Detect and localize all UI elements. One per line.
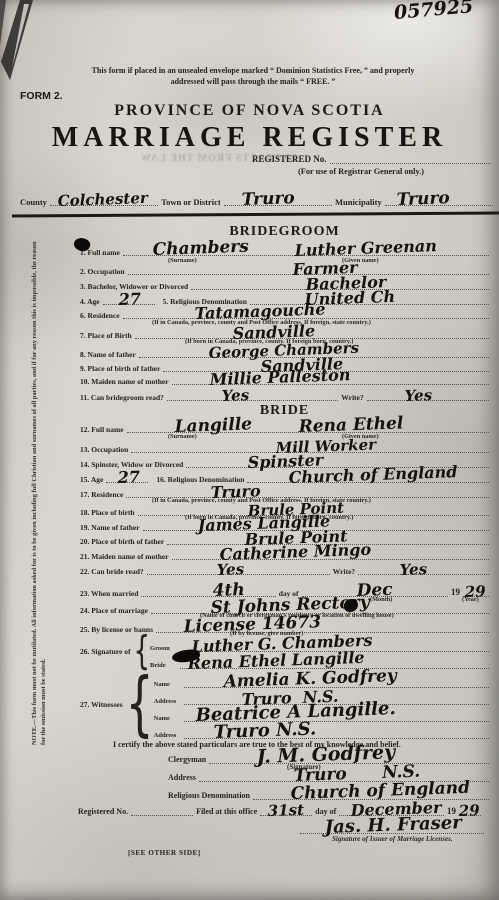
bride-mother-line: Catherine Mingo [172,547,489,560]
witness1-name-label: Name [154,681,184,688]
witnesses-brace: { [126,677,154,733]
witness1-name-row: Name Amelia K. Godfrey [154,671,489,688]
mailing-note-line2: addressed will pass through the mails “ … [48,77,458,86]
witness2-name-label: Name [154,715,184,722]
county-line: Colchester [50,193,158,206]
clergyman-denomination-label: Religious Denomination [168,792,253,800]
witness2-address-value: Truro N.S. [213,720,316,742]
filed-label: Filed at this office [193,808,260,816]
form-number: FORM 2. [20,90,63,102]
bride-signature-label: Bride [150,662,180,669]
groom-residence-label: 6. Residence [80,312,123,320]
bride-write-line: Yes [358,562,489,575]
bride-read-line: Yes [147,562,330,575]
witnesses-label: 27. Witnesses [80,701,126,709]
bride-religion-line: Church of England [247,470,489,483]
bride-age-religion-row: 15. Age 27 16. Religious Denomination Ch… [80,469,489,483]
groom-age-label: 4. Age [80,298,103,306]
groom-birthplace-label: 7. Place of Birth [80,332,135,340]
mailing-note-line1: This form if placed in an unsealed envel… [48,66,458,75]
witness2-name-line: Beatrice A Langille. [184,709,489,722]
when-married-label: 23. When married [80,590,141,598]
groom-status-row: 3. Bachelor, Widower or Divorced Bachelo… [80,276,489,290]
bride-residence-label: 17. Residence [80,491,126,499]
witness2-name-row: Name Beatrice A Langille. [154,705,489,722]
groom-fullname-line: Chambers Luther Greenan [123,243,489,256]
municipality-label: Municipality [332,198,385,207]
clergyman-address-label: Address [168,774,199,782]
location-row: County Colchester Town or District Truro… [20,190,493,206]
province-heading: PROVINCE OF NOVA SCOTIA [0,102,499,120]
municipality-value: Truro [396,190,450,209]
bride-read-write-row: 22. Can bride read? Yes Write? Yes [80,561,489,575]
bride-father-label: 19. Name of father [80,524,143,532]
married-day-line: 4th [141,584,275,597]
bride-read-label: 22. Can bride read? [80,568,147,576]
bride-age-line: 27 [106,470,148,483]
groom-read-line: Yes [167,388,338,401]
groom-birthplace-row: 7. Place of Birth Sandville [80,325,489,339]
issuer-signature-cap: Signature of Issuer of Marriage Licenses… [332,836,453,843]
license-line: License 14673 [156,620,489,633]
header-rule [12,212,499,218]
filed-day-line: 31st [260,803,312,816]
town-label: Town or District [158,198,224,207]
witnesses-stack: Name Amelia K. Godfrey Address Truro N.S… [154,671,489,739]
groom-signature-label: Groom [150,645,180,652]
signatures-stack: Groom Luther G. Chambers Bride Rena Ethe… [150,635,489,669]
bride-fullname-line: Langille Rena Ethel [127,420,489,433]
filed-year-line: 29 [459,803,481,816]
groom-read-write-row: 11. Can bridegroom read? Yes Write? Yes [80,387,489,401]
town-value: Truro [241,190,295,209]
registrar-note: (For use of Registrar General only.) [298,167,424,176]
groom-residence-line: Tatamagouche [123,306,489,319]
bride-fullname-row: 12. Full name Langille Rena Ethel [80,419,489,433]
filed-day-of-label: day of [312,808,339,816]
marriage-register-scan: 057925 This form if placed in an unseale… [0,0,499,900]
groom-write-line: Yes [367,388,489,401]
municipality-line: Truro [385,193,493,206]
groom-occupation-label: 2. Occupation [80,268,128,276]
groom-read-value: Yes [221,388,249,404]
groom-given-value: Luther Greenan [294,238,437,259]
year-prefix: 19 [448,588,463,597]
county-value: Colchester [57,191,148,209]
bride-religion-value: Church of England [289,464,458,486]
place-of-marriage-label: 24. Place of marriage [80,607,151,615]
groom-mother-value: Millie Palleston [209,367,350,388]
groom-occupation-line: Farmer [128,262,489,275]
bride-signature-row: Bride Rena Ethel Langille [150,652,489,669]
registered-line [131,803,193,816]
registered-label: Registered No. [78,808,131,816]
issuer-signature-row: Jas. H. Fraser [300,820,484,834]
bride-read-value: Yes [216,562,244,578]
bride-occupation-label: 13. Occupation [80,446,131,454]
groom-mother-line: Millie Palleston [172,372,489,385]
groom-mother-label: 10. Maiden name of mother [80,378,172,386]
registered-no-line [330,151,491,164]
serial-number: 057925 [393,0,474,23]
bride-write-label: Write? [330,568,358,576]
groom-occupation-row: 2. Occupation Farmer [80,261,489,275]
bride-mother-label: 21. Maiden name of mother [80,553,172,561]
groom-write-label: Write? [338,394,366,402]
groom-fullname-row: 1. Full name Chambers Luther Greenan [80,242,489,256]
issuer-signature-line: Jas. H. Fraser [300,821,484,834]
groom-father-label: 8. Name of father [80,351,139,359]
witness1-address-label: Address [154,698,184,705]
groom-age-line: 27 [103,292,155,305]
groom-read-label: 11. Can bridegroom read? [80,394,167,402]
witness2-address-line: Truro N.S. [184,726,489,739]
filed-day-value: 31st [268,803,305,819]
groom-write-value: Yes [404,388,432,404]
witnesses-row: 27. Witnesses { Name Amelia K. Godfrey A… [80,670,489,740]
bride-father-birthplace-label: 20. Place of birth of father [80,538,167,546]
county-label: County [20,198,50,207]
town-line: Truro [224,193,332,206]
clergyman-line: J. M. Godfrey [209,751,489,764]
bride-heading: BRIDE [80,403,489,419]
groom-residence-row: 6. Residence Tatamagouche [80,305,489,319]
clergyman-label: Clergyman [168,756,209,764]
registered-no-label: REGISTERED No. [252,155,330,164]
witness2-address-label: Address [154,732,184,739]
signatures-label: 26. Signature of [80,648,134,656]
registered-no-row: REGISTERED No. [252,150,491,164]
filed-year-value: 29 [458,803,479,819]
groom-mother-row: 10. Maiden name of mother Millie Pallest… [80,371,489,385]
bride-mother-row: 21. Maiden name of mother Catherine Ming… [80,546,489,560]
bride-residence-row: 17. Residence Truro [80,484,489,498]
bride-fullname-label: 12. Full name [80,426,127,434]
issuer-signature-value: Jas. H. Fraser [324,814,462,837]
groom-surname-value: Chambers [152,239,249,259]
margin-note: NOTE.—This form must not be mutilated. A… [30,240,49,745]
clergyman-row: Clergyman J. M. Godfrey [168,750,489,764]
bride-birthplace-label: 18. Place of birth [80,509,138,517]
bride-write-value: Yes [400,562,428,578]
bride-signature-line: Rena Ethel Langille [180,656,489,669]
see-other-side: [SEE OTHER SIDE] [128,849,201,857]
bride-age-label: 15. Age [80,476,106,484]
clergyman-denomination-line: Church of England [253,787,489,800]
